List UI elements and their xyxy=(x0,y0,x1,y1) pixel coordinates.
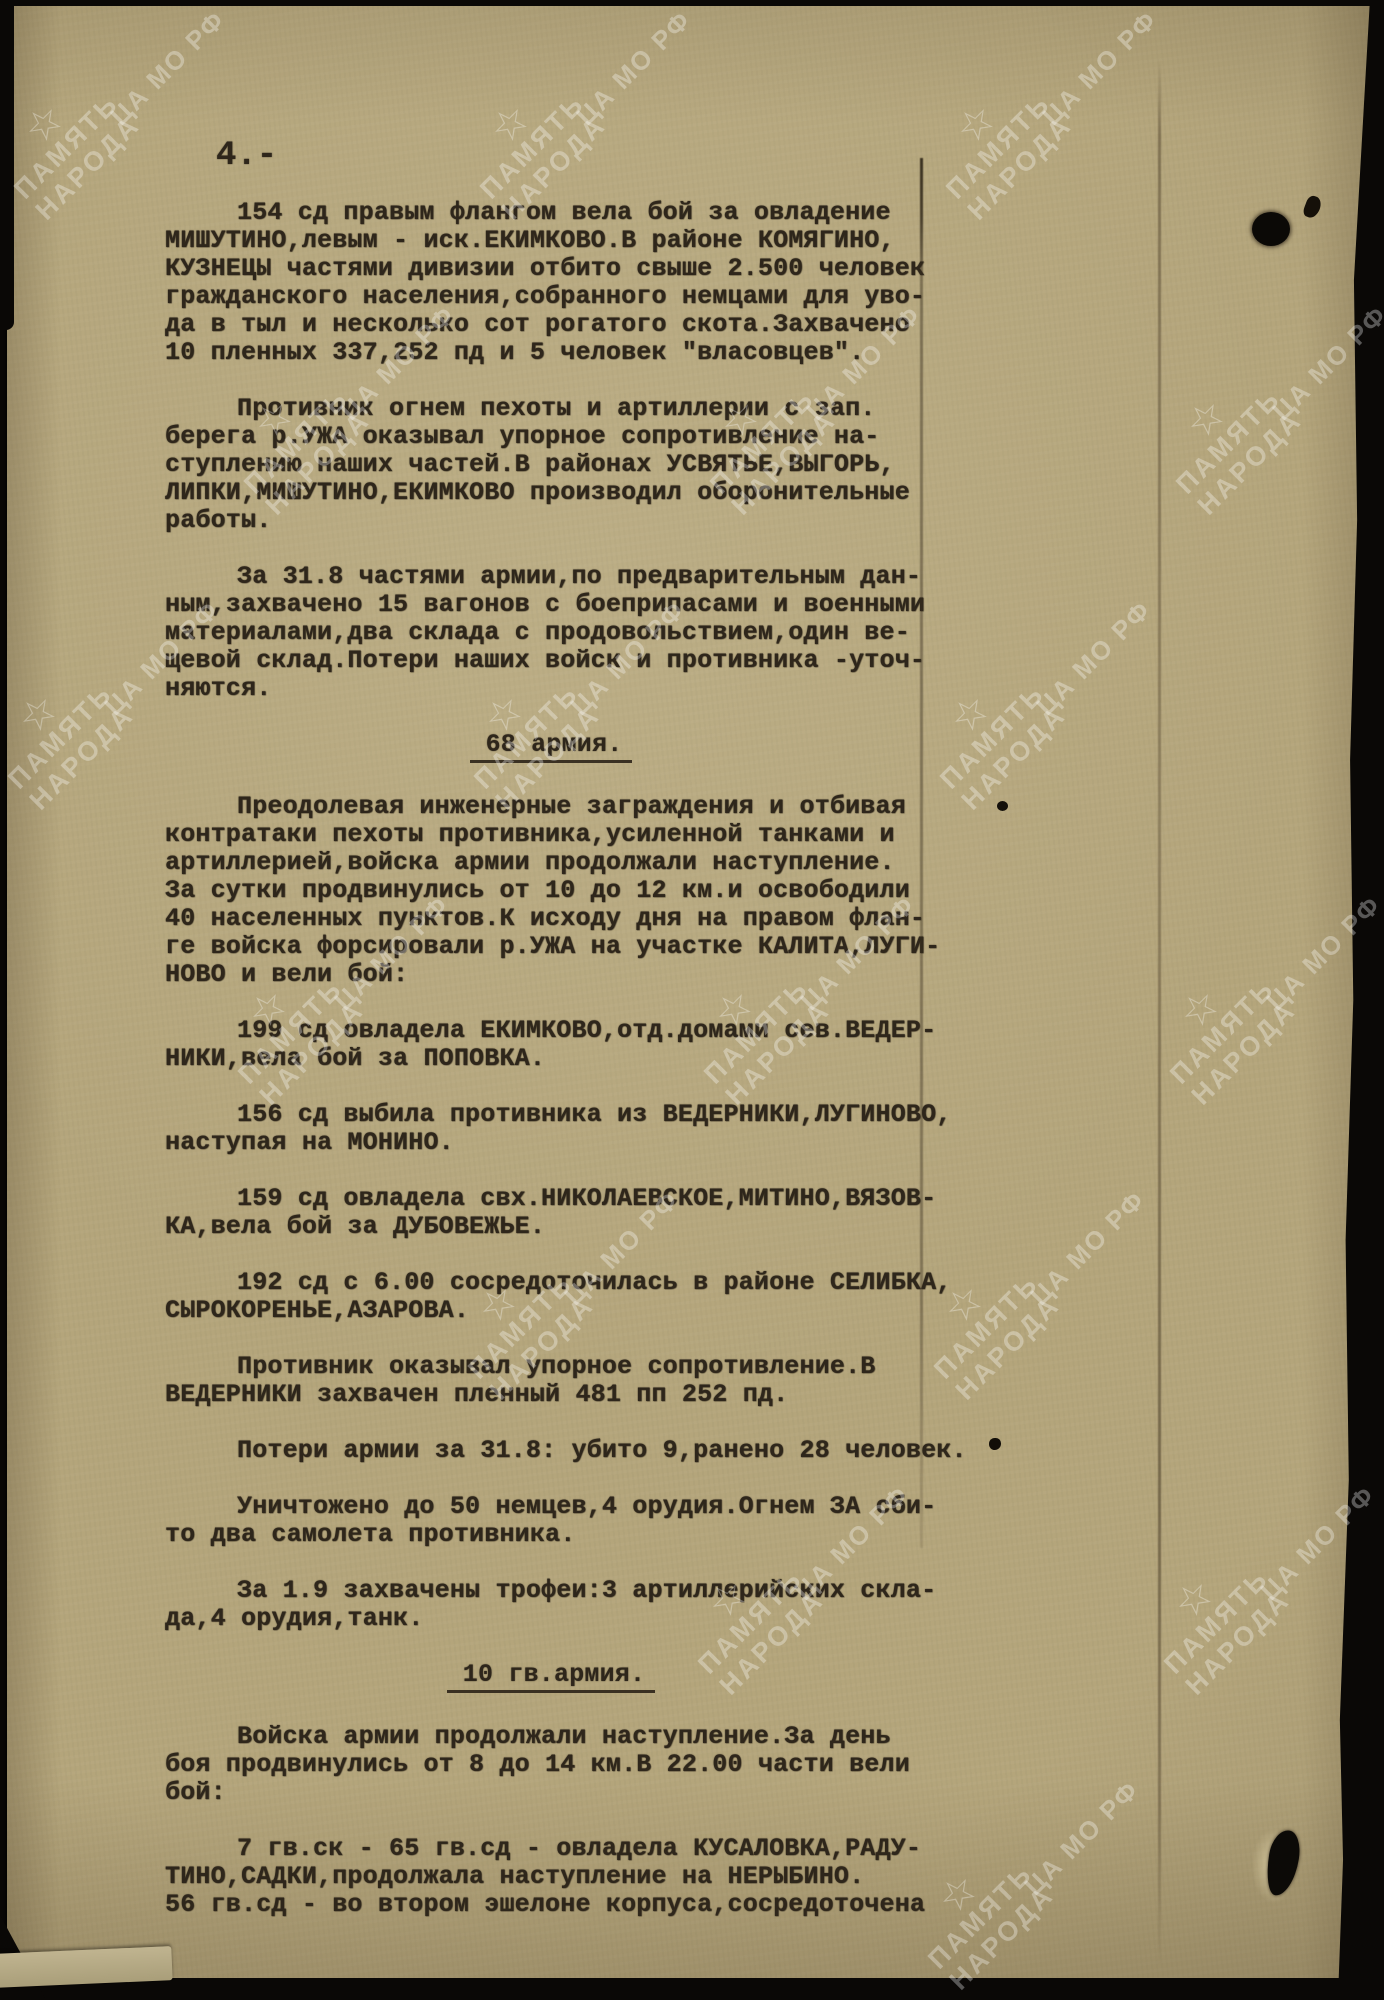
text-line: ге войска форсировали р.УЖА на участке К… xyxy=(165,933,937,961)
paragraph: Противник огнем пехоты и артиллерии с за… xyxy=(165,395,937,535)
text-line: Противник оказывал упорное сопротивление… xyxy=(165,1353,937,1381)
text-line: да,4 орудия,танк. xyxy=(165,1605,937,1633)
text-line: берега р.УЖА оказывал упорное сопротивле… xyxy=(165,423,937,451)
text-line: ступлению наших частей.В районах УСВЯТЬЕ… xyxy=(165,451,937,479)
text-line: 7 гв.ск - 65 гв.сд - овладела КУСАЛОВКА,… xyxy=(165,1835,937,1863)
scan-edge-left-upper xyxy=(0,0,14,330)
text-line: наступая на МОНИНО. xyxy=(165,1129,937,1157)
paragraph: За 1.9 захвачены трофеи:3 артиллерийских… xyxy=(165,1577,937,1633)
text-line: ЛИПКИ,МИШУТИНО,ЕКИМКОВО производил оборо… xyxy=(165,479,937,507)
text-line: Преодолевая инженерные заграждения и отб… xyxy=(165,793,937,821)
text-line: За сутки продвинулись от 10 до 12 км.и о… xyxy=(165,877,937,905)
text-line: няются. xyxy=(165,675,937,703)
section-heading-text: 68 армия. xyxy=(470,731,633,763)
section-heading: 68 армия. xyxy=(165,731,937,763)
paragraph: Преодолевая инженерные заграждения и отб… xyxy=(165,793,937,989)
text-line: 192 сд с 6.00 сосредоточилась в районе С… xyxy=(165,1269,937,1297)
paragraph: 159 сд овладела свх.НИКОЛАЕВСКОЕ,МИТИНО,… xyxy=(165,1185,937,1241)
text-line: материалами,два склада с продовольствием… xyxy=(165,619,937,647)
text-line: гражданского населения,собранного немцам… xyxy=(165,283,937,311)
paragraph: 192 сд с 6.00 сосредоточилась в районе С… xyxy=(165,1269,937,1325)
text-line: то два самолета противника. xyxy=(165,1521,937,1549)
text-line: контратаки пехоты противника,усиленной т… xyxy=(165,821,937,849)
text-line: щевой склад.Потери наших войск и противн… xyxy=(165,647,937,675)
text-line: ным,захвачено 15 вагонов с боеприпасами … xyxy=(165,591,937,619)
scanned-document-page: 4.- 154 сд правым флангом вела бой за ов… xyxy=(0,0,1384,2000)
text-line: За 31.8 частями армии,по предварительным… xyxy=(165,563,937,591)
text-line: Уничтожено до 50 немцев,4 орудия.Огнем З… xyxy=(165,1493,937,1521)
scan-edge-bottom xyxy=(0,1978,1384,2000)
text-line: 156 сд выбила противника из ВЕДЕРНИКИ,ЛУ… xyxy=(165,1101,937,1129)
text-line: 154 сд правым флангом вела бой за овладе… xyxy=(165,199,937,227)
document-body: 154 сд правым флангом вела бой за овладе… xyxy=(165,199,937,1947)
text-line: НИКИ,вела бой за ПОПОВКА. xyxy=(165,1045,937,1073)
text-line: Войска армии продолжали наступление.За д… xyxy=(165,1723,937,1751)
text-line: бой: xyxy=(165,1779,937,1807)
text-line: Потери армии за 31.8: убито 9,ранено 28 … xyxy=(165,1437,937,1465)
paragraph: Потери армии за 31.8: убито 9,ранено 28 … xyxy=(165,1437,937,1465)
paragraph: За 31.8 частями армии,по предварительным… xyxy=(165,563,937,703)
paragraph: 156 сд выбила противника из ВЕДЕРНИКИ,ЛУ… xyxy=(165,1101,937,1157)
text-line: НОВО и вели бой: xyxy=(165,961,937,989)
text-line: работы. xyxy=(165,507,937,535)
text-line: За 1.9 захвачены трофеи:3 артиллерийских… xyxy=(165,1577,937,1605)
text-line: 40 населенных пунктов.К исходу дня на пр… xyxy=(165,905,937,933)
text-line: 56 гв.сд - во втором эшелоне корпуса,сос… xyxy=(165,1891,937,1919)
text-line: Противник огнем пехоты и артиллерии с за… xyxy=(165,395,937,423)
text-line: артиллерией,войска армии продолжали наст… xyxy=(165,849,937,877)
ink-dot xyxy=(997,801,1008,811)
fold-crease-line xyxy=(1158,60,1161,1965)
page-number: 4.- xyxy=(216,138,277,174)
binding-crease-line xyxy=(920,158,923,1548)
text-line: СЫРОКОРЕНЬЕ,АЗАРОВА. xyxy=(165,1297,937,1325)
text-line: КУЗНЕЦЫ частями дивизии отбито свыше 2.5… xyxy=(165,255,937,283)
paragraph: Противник оказывал упорное сопротивление… xyxy=(165,1353,937,1409)
text-line: ВЕДЕРНИКИ захвачен пленный 481 пп 252 пд… xyxy=(165,1381,937,1409)
scan-edge-top xyxy=(0,0,1384,6)
text-line: ТИНО,САДКИ,продолжала наступление на НЕР… xyxy=(165,1863,937,1891)
paragraph: 199 сд овладела ЕКИМКОВО,отд.домами сев.… xyxy=(165,1017,937,1073)
paragraph: 154 сд правым флангом вела бой за овладе… xyxy=(165,199,937,367)
text-line: боя продвинулись от 8 до 14 км.В 22.00 ч… xyxy=(165,1751,937,1779)
text-line: 159 сд овладела свх.НИКОЛАЕВСКОЕ,МИТИНО,… xyxy=(165,1185,937,1213)
text-line: 199 сд овладела ЕКИМКОВО,отд.домами сев.… xyxy=(165,1017,937,1045)
text-line: 10 пленных 337,252 пд и 5 человек "власо… xyxy=(165,339,937,367)
paragraph: Уничтожено до 50 немцев,4 орудия.Огнем З… xyxy=(165,1493,937,1549)
text-line: КА,вела бой за ДУБОВЕЖЬЕ. xyxy=(165,1213,937,1241)
paragraph: 7 гв.ск - 65 гв.сд - овладела КУСАЛОВКА,… xyxy=(165,1835,937,1919)
punch-hole xyxy=(1252,212,1290,246)
text-line: да в тыл и несколько сот рогатого скота.… xyxy=(165,311,937,339)
text-line: МИШУТИНО,левым - иск.ЕКИМКОВО.В районе К… xyxy=(165,227,937,255)
section-heading: 10 гв.армия. xyxy=(165,1661,937,1693)
paragraph: Войска армии продолжали наступление.За д… xyxy=(165,1723,937,1807)
section-heading-text: 10 гв.армия. xyxy=(447,1661,655,1693)
